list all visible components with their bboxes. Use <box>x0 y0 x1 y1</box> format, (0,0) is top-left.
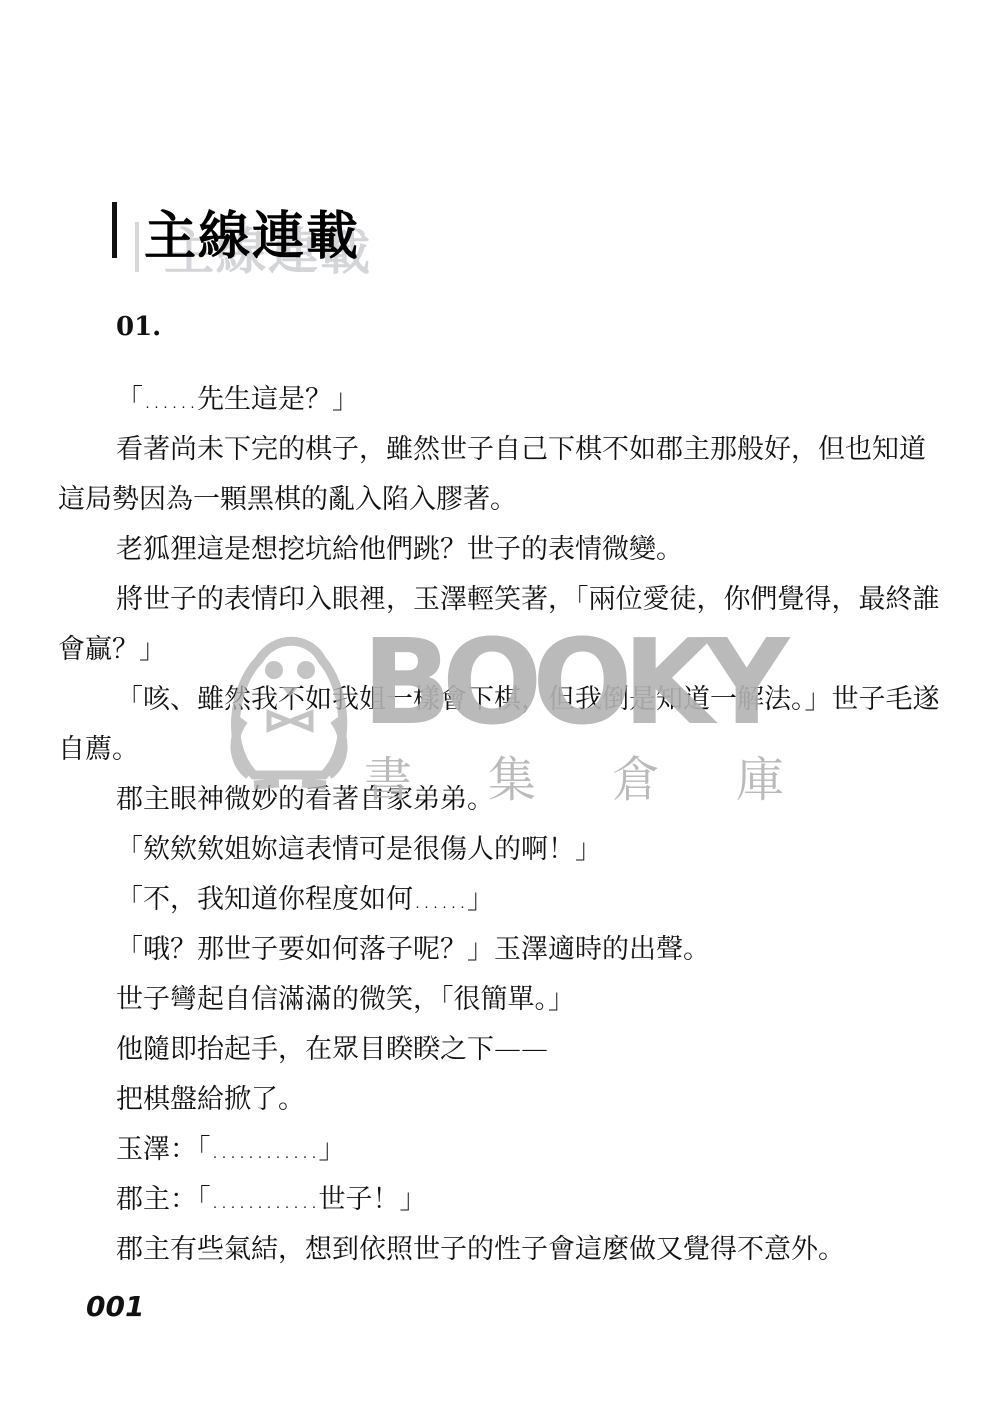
paragraph: 世子彎起自信滿滿的微笑，「很簡單。」 <box>58 975 946 1025</box>
page-number: 001 <box>86 1290 144 1323</box>
chapter-title: 主線連載 <box>144 194 360 269</box>
paragraph: 「咳、雖然我不如我姐一樣會下棋，但我倒是知道一解法。」世子毛遂自薦。 <box>58 675 946 775</box>
title-accent-bar <box>112 202 117 258</box>
paragraph: 他隨即抬起手，在眾目睽睽之下—— <box>58 1025 946 1075</box>
paragraph: 「不，我知道你程度如何……」 <box>58 875 946 925</box>
section-number: 01. <box>116 312 161 342</box>
paragraph: 將世子的表情印入眼裡，玉澤輕笑著，「兩位愛徒，你們覺得，最終誰會贏？」 <box>58 575 946 675</box>
paragraph: 「哦？那世子要如何落子呢？」玉澤適時的出聲。 <box>58 925 946 975</box>
body-text: 「……先生這是？」 看著尚未下完的棋子，雖然世子自己下棋不如郡主那般好，但也知道… <box>58 375 946 1275</box>
book-page: 主線連載 主線連載 01. 「……先生這是？」 看著尚未下完的棋子，雖然世子自己… <box>0 0 1000 1419</box>
paragraph: 郡主眼神微妙的看著自家弟弟。 <box>58 775 946 825</box>
paragraph: 郡主有些氣結，想到依照世子的性子會這麼做又覺得不意外。 <box>58 1225 946 1275</box>
paragraph: 把棋盤給掀了。 <box>58 1075 946 1125</box>
paragraph: 老狐狸這是想挖坑給他們跳？世子的表情微變。 <box>58 525 946 575</box>
paragraph: 看著尚未下完的棋子，雖然世子自己下棋不如郡主那般好，但也知道這局勢因為一顆黑棋的… <box>58 425 946 525</box>
paragraph: 玉澤：「…………」 <box>58 1125 946 1175</box>
paragraph: 「……先生這是？」 <box>58 375 946 425</box>
paragraph: 「欸欸欸姐妳這表情可是很傷人的啊！」 <box>58 825 946 875</box>
paragraph: 郡主：「…………世子！」 <box>58 1175 946 1225</box>
title-shadow-bar <box>135 222 139 272</box>
